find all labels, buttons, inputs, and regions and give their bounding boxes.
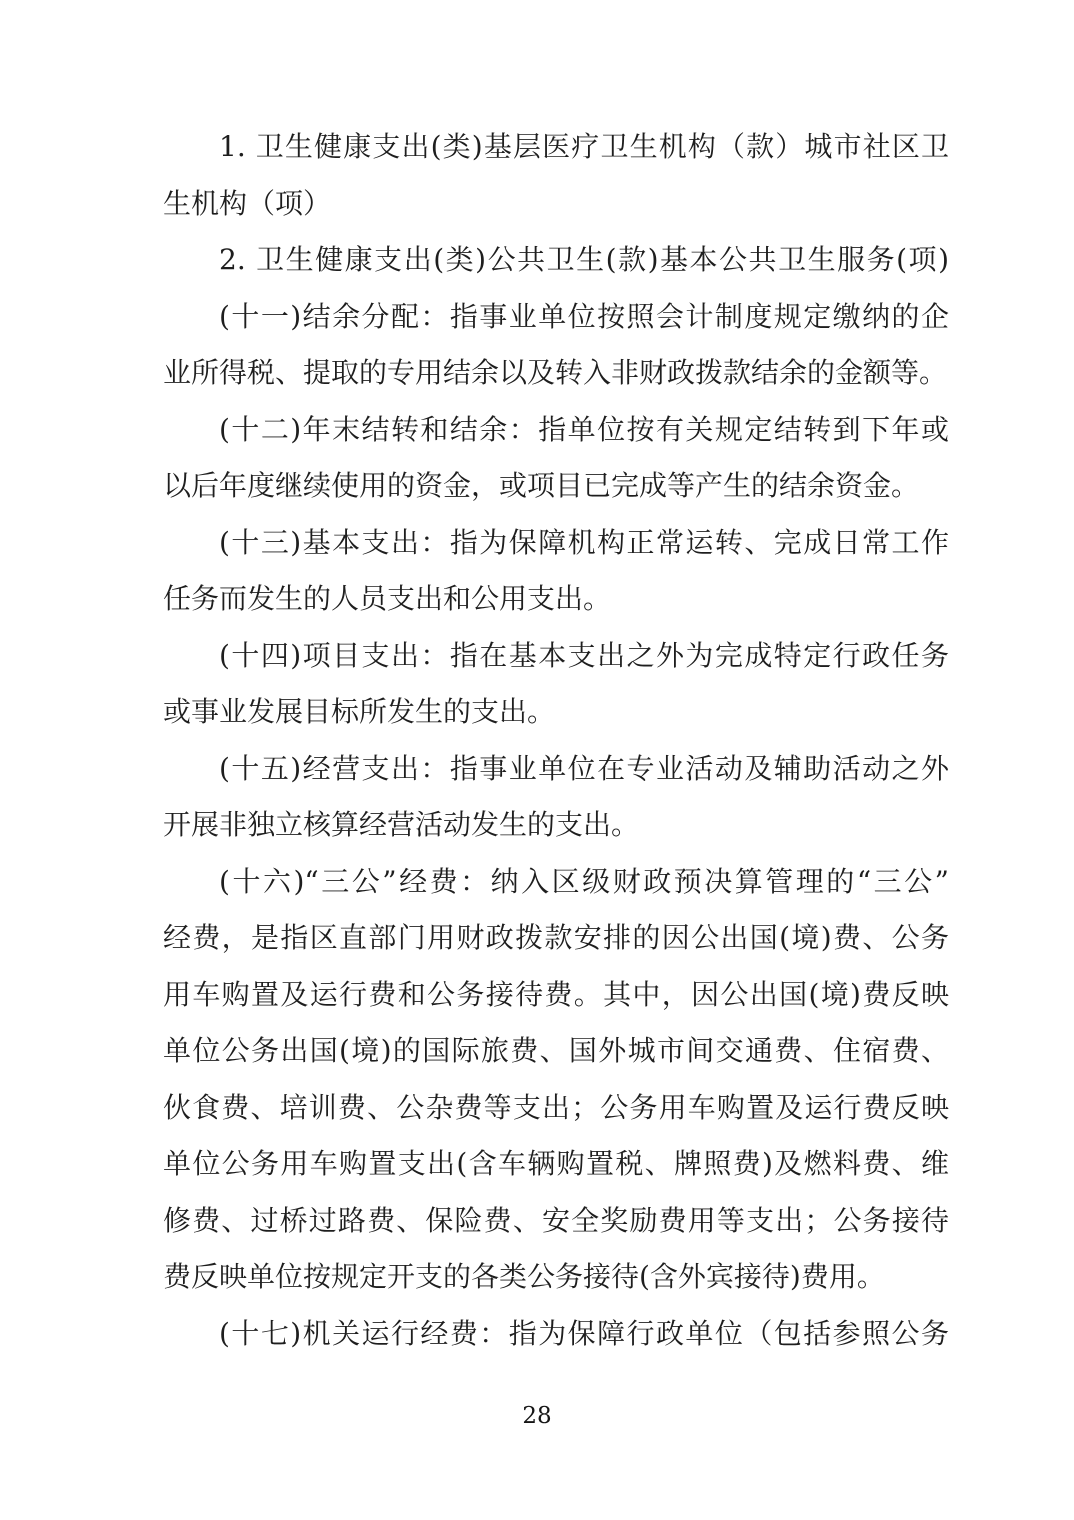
- text-line: (十七)机关运行经费：指为保障行政单位（包括参照公务: [163, 1306, 949, 1363]
- document-page: 1. 卫生健康支出(类)基层医疗卫生机构（款）城市社区卫 生机构（项） 2. 卫…: [0, 0, 1074, 1520]
- text-line: 生机构（项）: [163, 176, 949, 233]
- text-line: (十五)经营支出：指事业单位在专业活动及辅助活动之外: [163, 741, 949, 798]
- page-number: 28: [0, 1400, 1074, 1432]
- text-line: 任务而发生的人员支出和公用支出。: [163, 571, 949, 628]
- text-line: 2. 卫生健康支出(类)公共卫生(款)基本公共卫生服务(项): [163, 232, 949, 289]
- text-line: (十四)项目支出：指在基本支出之外为完成特定行政任务: [163, 628, 949, 685]
- text-line: 以后年度继续使用的资金，或项目已完成等产生的结余资金。: [163, 458, 949, 515]
- text-line: (十三)基本支出：指为保障机构正常运转、完成日常工作: [163, 515, 949, 572]
- text-line: 或事业发展目标所发生的支出。: [163, 684, 949, 741]
- text-line: 单位公务用车购置支出(含车辆购置税、牌照费)及燃料费、维: [163, 1136, 949, 1193]
- text-line: 费反映单位按规定开支的各类公务接待(含外宾接待)费用。: [163, 1249, 949, 1306]
- text-line: 用车购置及运行费和公务接待费。其中，因公出国(境)费反映: [163, 967, 949, 1024]
- text-line: 修费、过桥过路费、保险费、安全奖励费用等支出；公务接待: [163, 1193, 949, 1250]
- text-line: 开展非独立核算经营活动发生的支出。: [163, 797, 949, 854]
- text-line: (十六)“三公”经费：纳入区级财政预决算管理的“三公”: [163, 854, 949, 911]
- text-line: 经费，是指区直部门用财政拨款安排的因公出国(境)费、公务: [163, 910, 949, 967]
- text-line: 1. 卫生健康支出(类)基层医疗卫生机构（款）城市社区卫: [163, 119, 949, 176]
- body-text: 1. 卫生健康支出(类)基层医疗卫生机构（款）城市社区卫 生机构（项） 2. 卫…: [163, 119, 949, 1362]
- text-line: 伙食费、培训费、公杂费等支出；公务用车购置及运行费反映: [163, 1080, 949, 1137]
- text-line: (十一)结余分配：指事业单位按照会计制度规定缴纳的企: [163, 289, 949, 346]
- text-line: 单位公务出国(境)的国际旅费、国外城市间交通费、住宿费、: [163, 1023, 949, 1080]
- text-line: 业所得税、提取的专用结余以及转入非财政拨款结余的金额等。: [163, 345, 949, 402]
- text-line: (十二)年末结转和结余：指单位按有关规定结转到下年或: [163, 402, 949, 459]
